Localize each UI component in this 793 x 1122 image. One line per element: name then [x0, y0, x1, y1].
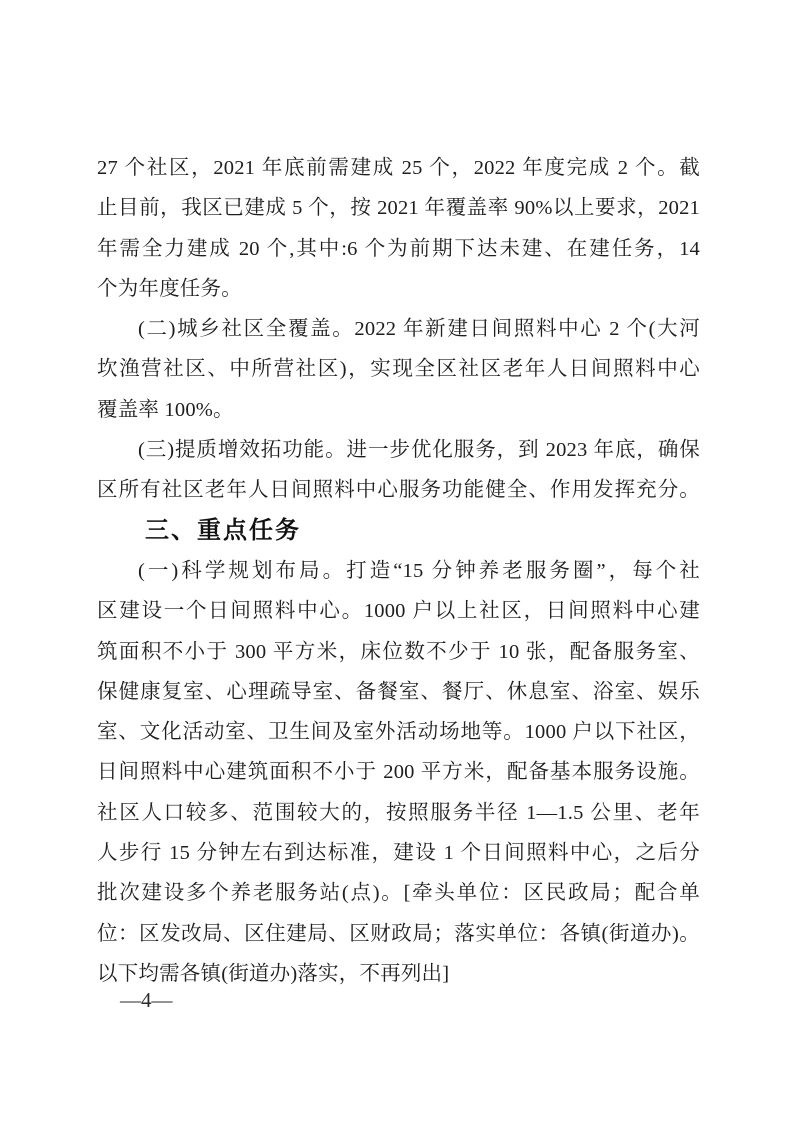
document-page: 27 个社区，2021 年底前需建成 25 个，2022 年度完成 2 个。截止… [0, 0, 793, 1122]
text-line: 个为年度任务。 [97, 269, 700, 309]
paragraph: (一)科学规划布局。打造“15 分钟养老服务圈”，每个社区建设一个日间照料中心。… [97, 551, 700, 994]
text-line: (三)提质增效拓功能。进一步优化服务，到 2023 年底，确保全 [97, 430, 700, 470]
paragraph: (三)提质增效拓功能。进一步优化服务，到 2023 年底，确保全区所有社区老年人… [97, 430, 700, 511]
text-line: 止目前，我区已建成 5 个，按 2021 年覆盖率 90%以上要求，2021 [97, 188, 700, 228]
text-line: 区建设一个日间照料中心。1000 户以上社区，日间照料中心建 [97, 591, 700, 631]
heading-line: 三、重点任务 [97, 511, 700, 551]
text-line: 覆盖率 100%。 [97, 390, 700, 430]
paragraph: (二)城乡社区全覆盖。2022 年新建日间照料中心 2 个(大河坎渔营社区、中所… [97, 309, 700, 430]
text-line: (二)城乡社区全覆盖。2022 年新建日间照料中心 2 个(大河 [97, 309, 700, 349]
text-line: 保健康复室、心理疏导室、备餐室、餐厅、休息室、浴室、娱乐 [97, 672, 700, 712]
text-line: 日间照料中心建筑面积不小于 200 平方米，配备基本服务设施。 [97, 752, 700, 792]
text-line: 室、文化活动室、卫生间及室外活动场地等。1000 户以下社区， [97, 712, 700, 752]
text-line: 位：区发改局、区住建局、区财政局；落实单位：各镇(街道办)。 [97, 914, 700, 954]
text-line: (一)科学规划布局。打造“15 分钟养老服务圈”，每个社 [97, 551, 700, 591]
text-line: 人步行 15 分钟左右到达标准，建设 1 个日间照料中心，之后分 [97, 833, 700, 873]
text-line: 以下均需各镇(街道办)落实，不再列出] [97, 954, 700, 994]
text-line: 区所有社区老年人日间照料中心服务功能健全、作用发挥充分。 [97, 470, 700, 510]
page-number: —4— [120, 988, 173, 1012]
text-line: 社区人口较多、范围较大的，按照服务半径 1—1.5 公里、老年 [97, 793, 700, 833]
section-heading: 三、重点任务 [97, 511, 700, 551]
text-line: 坎渔营社区、中所营社区)，实现全区社区老年人日间照料中心 [97, 349, 700, 389]
paragraph: 27 个社区，2021 年底前需建成 25 个，2022 年度完成 2 个。截止… [97, 148, 700, 309]
text-line: 27 个社区，2021 年底前需建成 25 个，2022 年度完成 2 个。截 [97, 148, 700, 188]
text-block: 27 个社区，2021 年底前需建成 25 个，2022 年度完成 2 个。截止… [97, 148, 700, 994]
text-line: 年需全力建成 20 个,其中:6 个为前期下达未建、在建任务，14 [97, 229, 700, 269]
text-line: 筑面积不小于 300 平方米，床位数不少于 10 张，配备服务室、 [97, 632, 700, 672]
text-line: 批次建设多个养老服务站(点)。[牵头单位：区民政局；配合单 [97, 873, 700, 913]
